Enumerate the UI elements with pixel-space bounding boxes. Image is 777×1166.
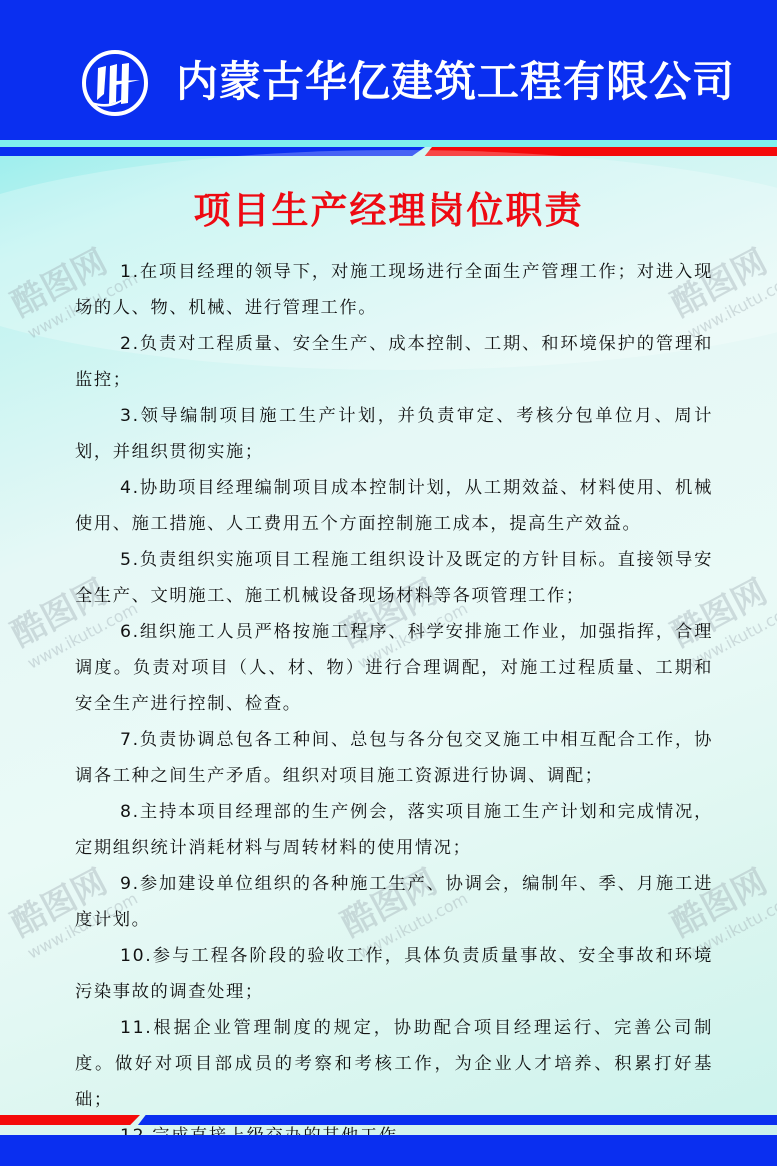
duty-item: 9.参加建设单位组织的各种施工生产、协调会，编制年、季、月施工进度计划。	[75, 866, 713, 938]
header-separator	[0, 140, 777, 147]
duty-item: 10.参与工程各阶段的验收工作，具体负责质量事故、安全事故和环境污染事故的调查处…	[75, 938, 713, 1010]
duty-item: 11.根据企业管理制度的规定，协助配合项目经理运行、完善公司制度。做好对项目部成…	[75, 1010, 713, 1118]
duty-item: 8.主持本项目经理部的生产例会，落实项目施工生产计划和完成情况，定期组织统计消耗…	[75, 794, 713, 866]
bottom-red-stripe	[0, 1115, 140, 1125]
page-title: 项目生产经理岗位职责	[0, 186, 777, 236]
header-band: 内蒙古华亿建筑工程有限公司	[0, 0, 777, 140]
duty-item: 3.领导编制项目施工生产计划，并负责审定、考核分包单位月、周计划，并组织贯彻实施…	[75, 398, 713, 470]
duty-item: 7.负责协调总包各工种间、总包与各分包交叉施工中相互配合工作，协调各工种之间生产…	[75, 722, 713, 794]
bottom-blue-stripe	[138, 1115, 777, 1125]
company-name: 内蒙古华亿建筑工程有限公司	[176, 52, 736, 112]
duty-item: 6.组织施工人员严格按施工程序、科学安排施工作业，加强指挥，合理调度。负责对项目…	[75, 614, 713, 722]
duty-item: 4.协助项目经理编制项目成本控制计划，从工期效益、材料使用、机械使用、施工措施、…	[75, 470, 713, 542]
duty-item: 5.负责组织实施项目工程施工组织设计及既定的方针目标。直接领导安全生产、文明施工…	[75, 542, 713, 614]
duties-list: 1.在项目经理的领导下，对施工现场进行全面生产管理工作；对进入现场的人、物、机械…	[75, 254, 713, 1154]
footer-band	[0, 1135, 777, 1166]
hy-monogram-logo-icon	[80, 48, 150, 118]
duty-item: 2.负责对工程质量、安全生产、成本控制、工期、和环境保护的管理和监控；	[75, 326, 713, 398]
duty-item: 1.在项目经理的领导下，对施工现场进行全面生产管理工作；对进入现场的人、物、机械…	[75, 254, 713, 326]
